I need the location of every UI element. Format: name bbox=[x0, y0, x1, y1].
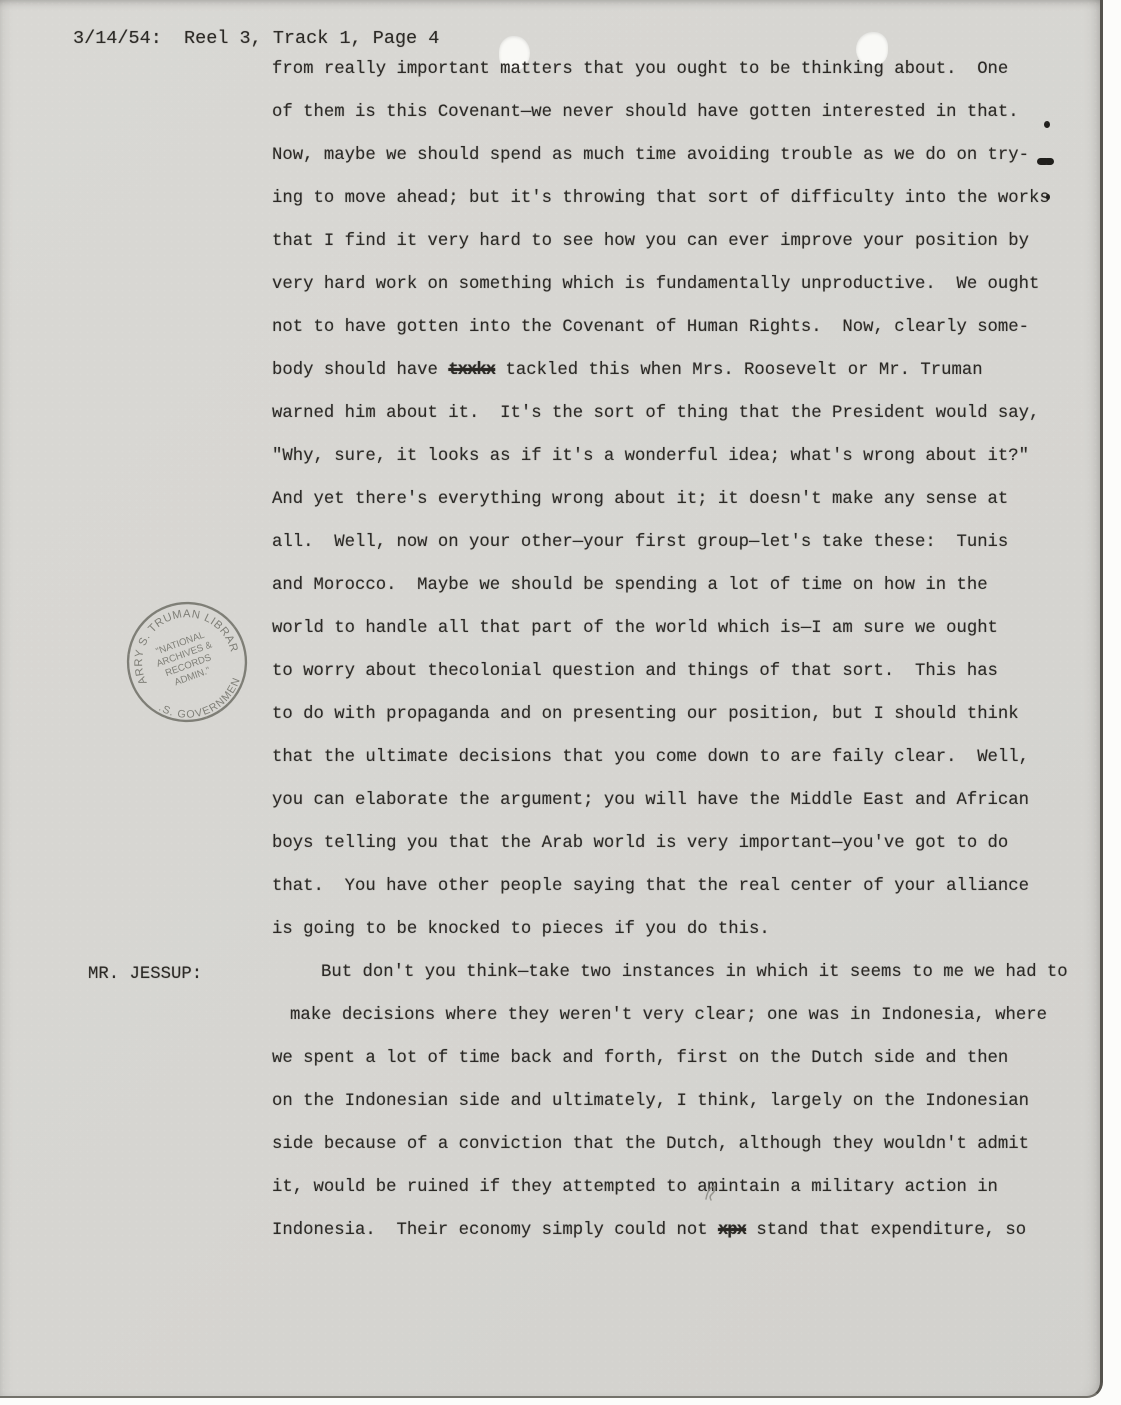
text-line: is going to be knocked to pieces if you … bbox=[272, 920, 770, 939]
ink-speck bbox=[1046, 194, 1050, 200]
ink-speck bbox=[1037, 158, 1054, 165]
text-segment: ing to move ahead; but it's throwing tha… bbox=[272, 189, 1050, 208]
text-line: on the Indonesian side and ultimately, I… bbox=[272, 1092, 1029, 1111]
text-segment: But don't you think—take two instances i… bbox=[321, 963, 1068, 982]
text-line: from really important matters that you o… bbox=[272, 60, 1008, 79]
text-line: ing to move ahead; but it's throwing tha… bbox=[272, 189, 1050, 208]
ink-speck bbox=[1044, 121, 1050, 128]
text-line: to worry about thecolonial question and … bbox=[272, 662, 998, 681]
text-segment: very hard work on something which is fun… bbox=[272, 275, 1039, 294]
text-segment: make decisions where they weren't very c… bbox=[290, 1006, 1047, 1025]
text-segment: is going to be knocked to pieces if you … bbox=[272, 920, 770, 939]
text-line: warned him about it. It's the sort of th… bbox=[272, 404, 1039, 423]
text-segment: tackled this when Mrs. Roosevelt or Mr. … bbox=[495, 361, 982, 380]
text-segment: world to handle all that part of the wor… bbox=[272, 619, 998, 638]
text-segment: and Morocco. Maybe we should be spending… bbox=[272, 576, 988, 595]
text-line: that. You have other people saying that … bbox=[272, 877, 1029, 896]
text-segment: boys telling you that the Arab world is … bbox=[272, 834, 1008, 853]
overstruck-word: txxkx bbox=[448, 361, 495, 380]
text-segment: "Why, sure, it looks as if it's a wonder… bbox=[272, 447, 1029, 466]
text-segment: to worry about thecolonial question and … bbox=[272, 662, 998, 681]
text-segment: it, would be ruined if they attempted to… bbox=[272, 1178, 998, 1197]
text-line: side because of a conviction that the Du… bbox=[272, 1135, 1029, 1154]
text-line: all. Well, now on your other—your first … bbox=[272, 533, 1008, 552]
text-segment: warned him about it. It's the sort of th… bbox=[272, 404, 1039, 423]
text-segment: that. You have other people saying that … bbox=[272, 877, 1029, 896]
text-segment: not to have gotten into the Covenant of … bbox=[272, 318, 1029, 337]
text-segment: all. Well, now on your other—your first … bbox=[272, 533, 1008, 552]
text-line: to do with propaganda and on presenting … bbox=[272, 705, 1019, 724]
text-segment: we spent a lot of time back and forth, f… bbox=[272, 1049, 1008, 1068]
text-segment: to do with propaganda and on presenting … bbox=[272, 705, 1019, 724]
truman-library-stamp: HARRY S. TRUMAN LIBRARY U.S. GOVERNMENT … bbox=[112, 587, 262, 737]
page-header: 3/14/54: Reel 3, Track 1, Page 4 bbox=[73, 28, 439, 49]
text-line: body should have txxkx tackled this when… bbox=[272, 361, 983, 380]
text-line: of them is this Covenant—we never should… bbox=[272, 103, 1019, 122]
text-line: that I find it very hard to see how you … bbox=[272, 232, 1029, 251]
text-line: "Why, sure, it looks as if it's a wonder… bbox=[272, 447, 1029, 466]
text-segment: body should have bbox=[272, 361, 448, 380]
text-line: Indonesia. Their economy simply could no… bbox=[272, 1221, 1026, 1240]
text-line: very hard work on something which is fun… bbox=[272, 275, 1039, 294]
scanned-transcript-page: 3/14/54: Reel 3, Track 1, Page 4 from re… bbox=[0, 0, 1103, 1398]
text-line: Now, maybe we should spend as much time … bbox=[272, 146, 1029, 165]
text-line: boys telling you that the Arab world is … bbox=[272, 834, 1008, 853]
text-segment: that I find it very hard to see how you … bbox=[272, 232, 1029, 251]
text-segment: Indonesia. Their economy simply could no… bbox=[272, 1221, 718, 1240]
overstruck-word: xpx bbox=[718, 1221, 746, 1240]
text-segment: Now, maybe we should spend as much time … bbox=[272, 146, 1029, 165]
text-line: And yet there's everything wrong about i… bbox=[272, 490, 1008, 509]
text-line: you can elaborate the argument; you will… bbox=[272, 791, 1029, 810]
text-line: it, would be ruined if they attempted to… bbox=[272, 1178, 998, 1197]
text-segment: on the Indonesian side and ultimately, I… bbox=[272, 1092, 1029, 1111]
text-segment: And yet there's everything wrong about i… bbox=[272, 490, 1008, 509]
text-segment: that the ultimate decisions that you com… bbox=[272, 748, 1029, 767]
speaker-label: MR. JESSUP: bbox=[88, 965, 202, 984]
text-segment: you can elaborate the argument; you will… bbox=[272, 791, 1029, 810]
text-line: that the ultimate decisions that you com… bbox=[272, 748, 1029, 767]
pencil-caret-mark bbox=[703, 1180, 723, 1202]
text-segment: stand that expenditure, so bbox=[746, 1221, 1026, 1240]
text-segment: from really important matters that you o… bbox=[272, 60, 1008, 79]
text-line: we spent a lot of time back and forth, f… bbox=[272, 1049, 1008, 1068]
text-line: world to handle all that part of the wor… bbox=[272, 619, 998, 638]
text-line: and Morocco. Maybe we should be spending… bbox=[272, 576, 988, 595]
text-segment: of them is this Covenant—we never should… bbox=[272, 103, 1019, 122]
text-line: But don't you think—take two instances i… bbox=[321, 963, 1068, 982]
text-line: make decisions where they weren't very c… bbox=[290, 1006, 1047, 1025]
text-line: not to have gotten into the Covenant of … bbox=[272, 318, 1029, 337]
text-segment: side because of a conviction that the Du… bbox=[272, 1135, 1029, 1154]
